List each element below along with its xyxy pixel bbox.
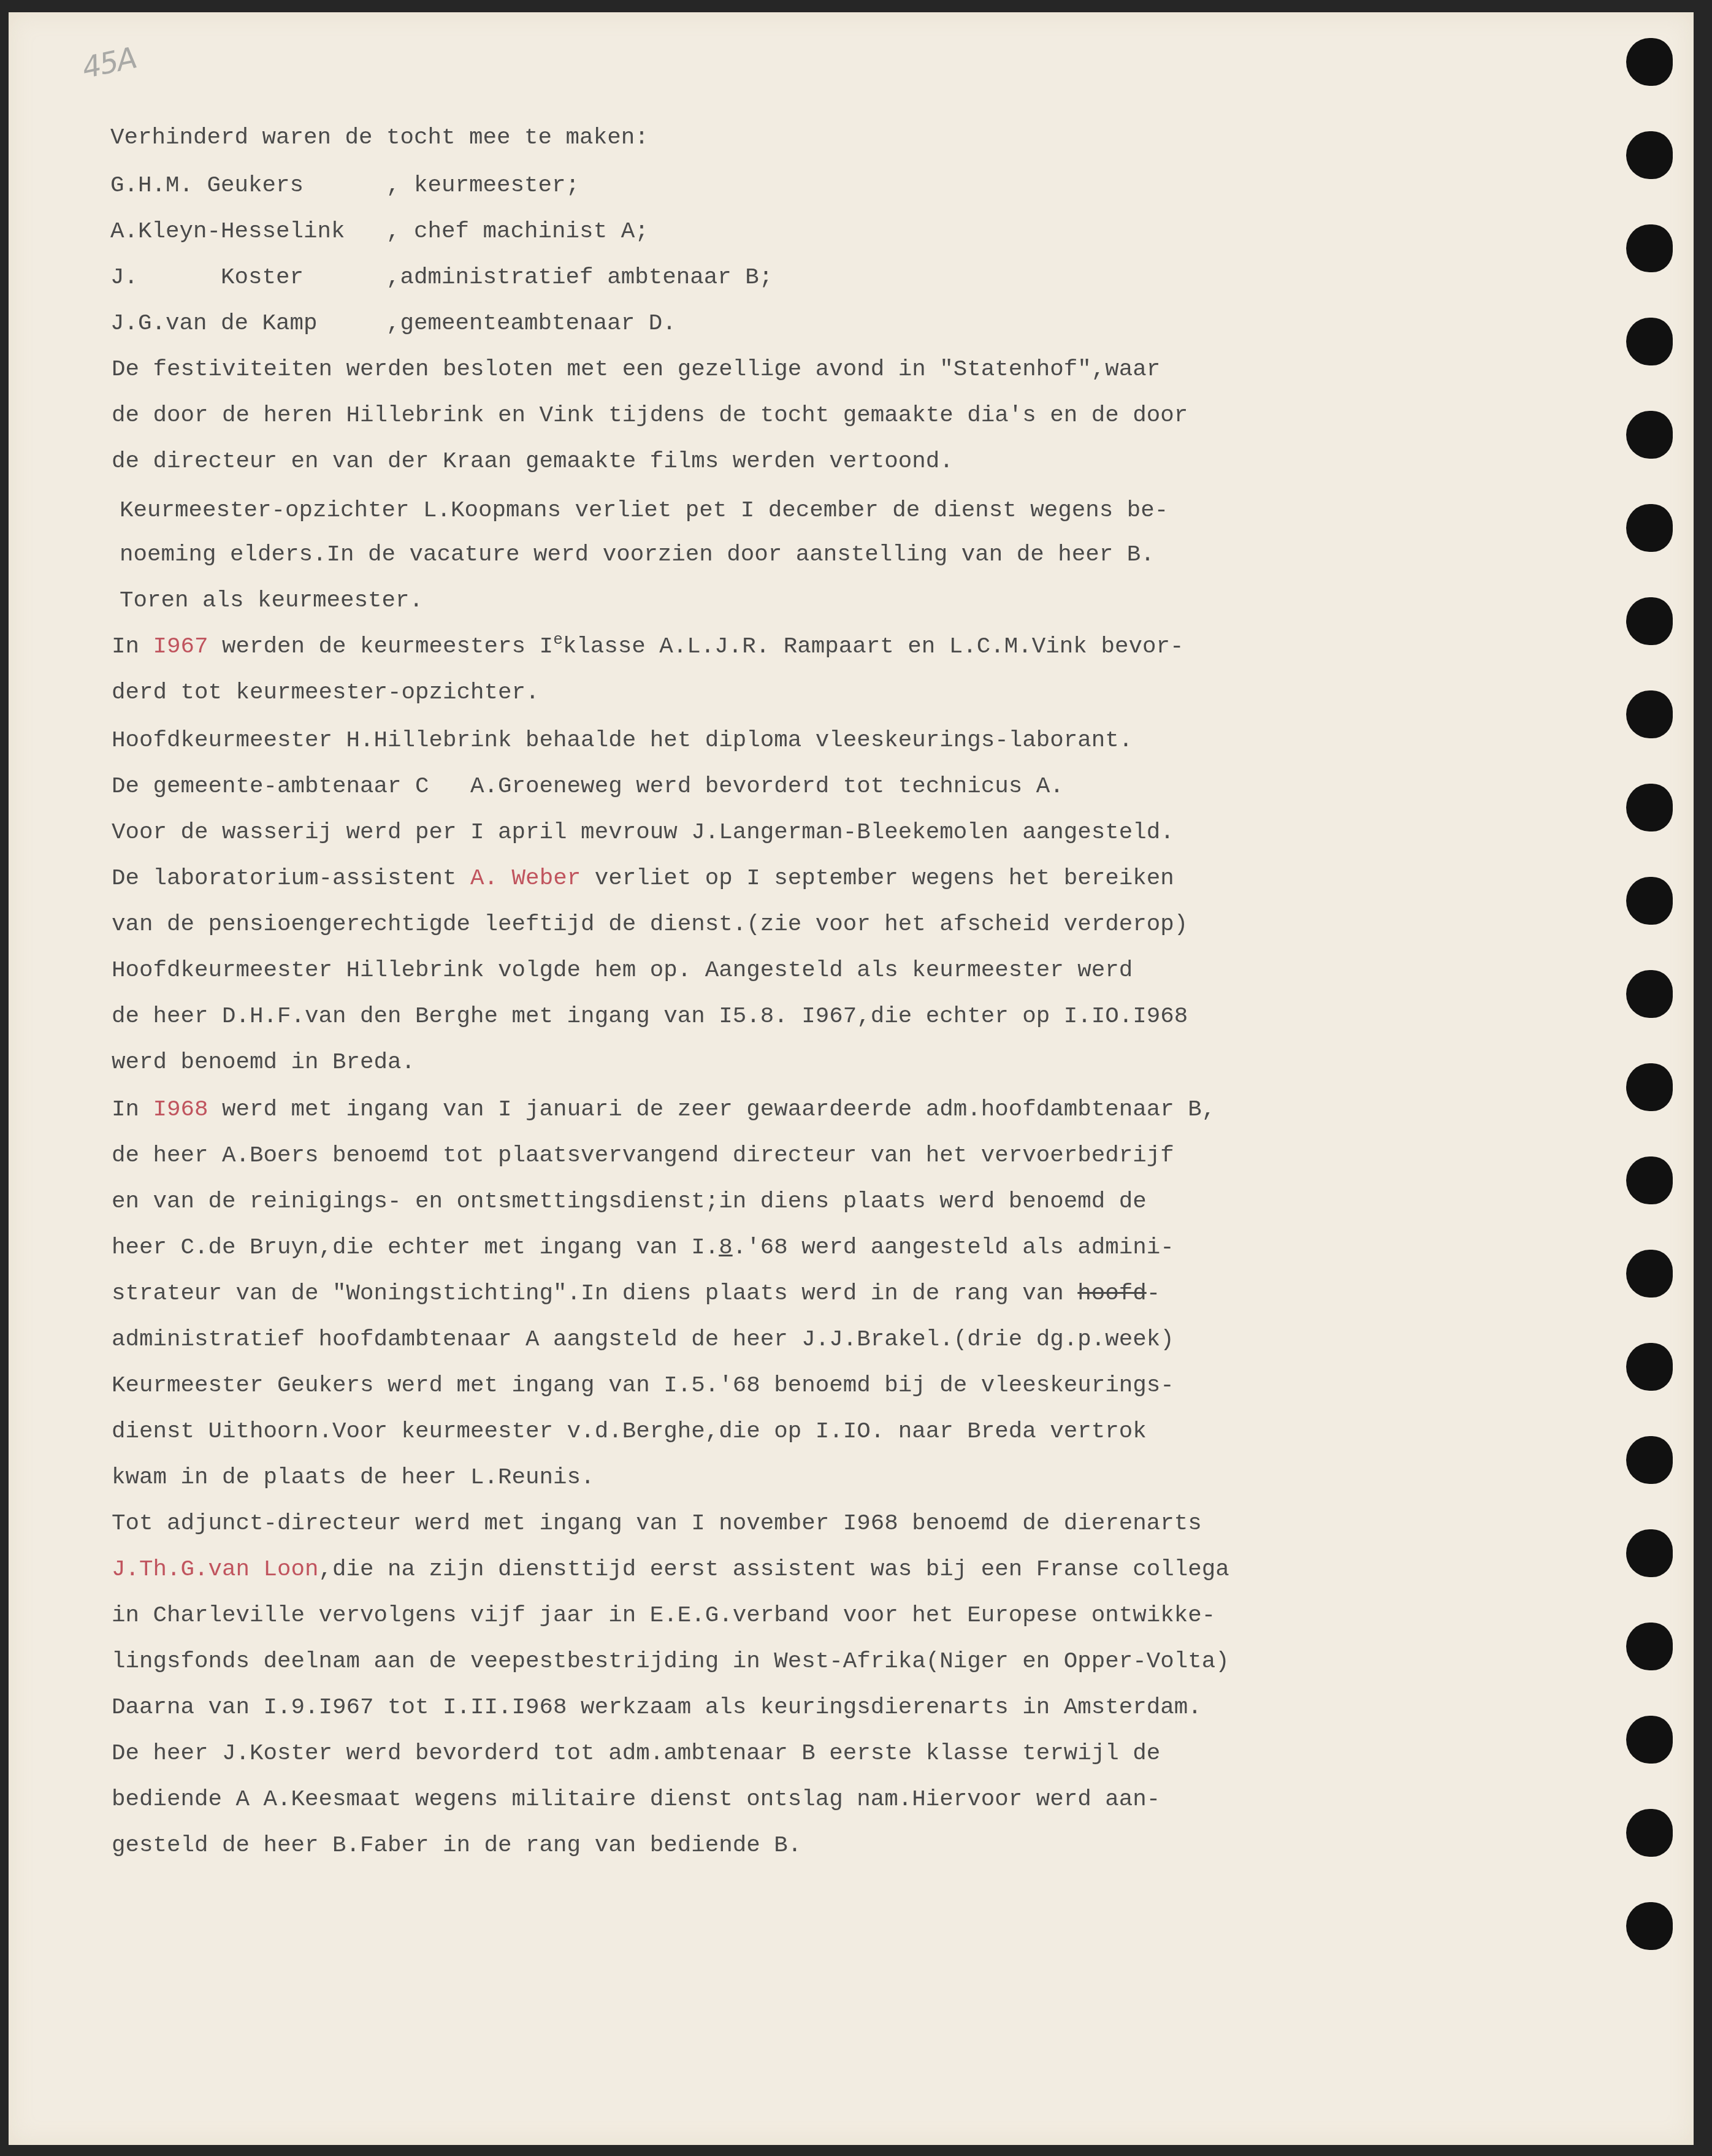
text-segment: e [553,630,563,649]
text-segment: de door de heren Hillebrink en Vink tijd… [112,403,1188,429]
text-line: heer C.de Bruyn,die echter met ingang va… [112,1233,1174,1263]
text-line: strateur van de "Woningstichting".In die… [112,1279,1160,1309]
text-segment: verliet op I september wegens het bereik… [581,866,1174,892]
text-line: Keurmeester-opzichter L.Koopmans verliet… [120,495,1168,526]
text-segment: 8 [719,1235,733,1261]
text-segment: A.Kleyn-Hesselink , chef machinist A; [110,219,649,245]
text-line: derd tot keurmeester-opzichter. [112,678,540,708]
text-line: Hoofdkeurmeester Hillebrink volgde hem o… [112,955,1133,986]
text-line: Verhinderd waren de tocht mee te maken: [110,123,649,153]
text-line: van de pensioengerechtigde leeftijd de d… [112,909,1188,940]
text-line: Tot adjunct-directeur werd met ingang va… [112,1508,1202,1539]
text-line: de heer A.Boers benoemd tot plaatsvervan… [112,1141,1174,1171]
text-segment: De gemeente-ambtenaar C A.Groeneweg werd… [112,774,1064,800]
text-line: J. Koster ,administratief ambtenaar B; [110,262,773,293]
text-line: Toren als keurmeester. [120,586,423,616]
text-segment: van de pensioengerechtigde leeftijd de d… [112,912,1188,938]
red-ink-text: I967 [153,634,208,660]
text-segment: Toren als keurmeester. [120,588,423,614]
text-segment: werd met ingang van I januari de zeer ge… [208,1097,1216,1123]
text-segment: de heer A.Boers benoemd tot plaatsvervan… [112,1143,1174,1169]
text-segment: dienst Uithoorn.Voor keurmeester v.d.Ber… [112,1419,1147,1445]
text-segment: In [112,1097,153,1123]
text-line: in Charleville vervolgens vijf jaar in E… [112,1600,1215,1631]
text-segment: Daarna van I.9.I967 tot I.II.I968 werkza… [112,1695,1202,1721]
text-line: De heer J.Koster werd bevorderd tot adm.… [112,1738,1160,1769]
text-segment: - [1147,1281,1161,1307]
punch-hole [1626,1809,1673,1857]
text-line: J.G.van de Kamp ,gemeenteambtenaar D. [110,308,676,339]
punch-hole [1626,1063,1673,1111]
punch-hole [1626,224,1673,272]
text-segment: Tot adjunct-directeur werd met ingang va… [112,1511,1202,1537]
punch-hole [1626,1716,1673,1764]
text-segment: in Charleville vervolgens vijf jaar in E… [112,1603,1215,1629]
text-line: In I968 werd met ingang van I januari de… [112,1095,1215,1125]
text-segment: In [112,634,153,660]
text-line: De festiviteiten werden besloten met een… [112,354,1160,385]
text-segment: werd benoemd in Breda. [112,1050,415,1076]
text-line: de door de heren Hillebrink en Vink tijd… [112,400,1188,431]
text-segment: Voor de wasserij werd per I april mevrou… [112,820,1174,846]
punch-hole [1626,131,1673,179]
text-line: de heer D.H.F.van den Berghe met ingang … [112,1001,1188,1032]
text-segment: strateur van de "Woningstichting".In die… [112,1281,1077,1307]
text-line: gesteld de heer B.Faber in de rang van b… [112,1830,801,1861]
text-segment: kwam in de plaats de heer L.Reunis. [112,1465,595,1491]
text-line: Daarna van I.9.I967 tot I.II.I968 werkza… [112,1692,1202,1723]
text-segment: de heer D.H.F.van den Berghe met ingang … [112,1004,1188,1030]
handwritten-folio-number: 45A [79,40,139,85]
text-segment: Keurmeester Geukers werd met ingang van … [112,1373,1174,1399]
punch-hole [1626,1436,1673,1484]
text-segment: J. Koster ,administratief ambtenaar B; [110,265,773,291]
text-segment: lingsfonds deelnam aan de veepestbestrij… [112,1649,1229,1675]
text-line: dienst Uithoorn.Voor keurmeester v.d.Ber… [112,1416,1147,1447]
text-segment: De heer J.Koster werd bevorderd tot adm.… [112,1741,1160,1767]
text-line: lingsfonds deelnam aan de veepestbestrij… [112,1646,1229,1677]
punch-hole [1626,1250,1673,1298]
text-segment: de directeur en van der Kraan gemaakte f… [112,449,953,475]
text-segment: De laboratorium-assistent [112,866,470,892]
text-line: Hoofdkeurmeester H.Hillebrink behaalde h… [112,725,1133,756]
punch-hole [1626,1343,1673,1391]
punch-hole [1626,38,1673,86]
text-segment: bediende A A.Keesmaat wegens militaire d… [112,1787,1160,1813]
text-segment: werden de keurmeesters I [208,634,554,660]
red-ink-text: J.Th.G.van Loon [112,1557,319,1583]
text-segment: administratief hoofdambtenaar A aangstel… [112,1327,1174,1353]
text-segment: .'68 werd aangesteld als admini- [733,1235,1174,1261]
text-line: en van de reinigings- en ontsmettingsdie… [112,1187,1147,1217]
text-segment: derd tot keurmeester-opzichter. [112,680,540,706]
punch-hole [1626,318,1673,365]
punch-hole [1626,1623,1673,1670]
punch-hole [1626,877,1673,925]
text-line: kwam in de plaats de heer L.Reunis. [112,1462,595,1493]
text-segment: heer C.de Bruyn,die echter met ingang va… [112,1235,719,1261]
punch-hole [1626,970,1673,1018]
text-line: Keurmeester Geukers werd met ingang van … [112,1370,1174,1401]
punch-hole [1626,690,1673,738]
text-line: J.Th.G.van Loon,die na zijn diensttijd e… [112,1554,1229,1585]
text-segment: Hoofdkeurmeester Hillebrink volgde hem o… [112,958,1133,984]
text-segment: G.H.M. Geukers , keurmeester; [110,173,579,199]
text-line: bediende A A.Keesmaat wegens militaire d… [112,1784,1160,1815]
red-ink-text: A. Weber [470,866,581,892]
punch-hole [1626,504,1673,552]
text-line: A.Kleyn-Hesselink , chef machinist A; [110,216,649,247]
text-segment: Verhinderd waren de tocht mee te maken: [110,125,649,151]
text-segment: hoofd [1077,1281,1147,1307]
text-segment: ,die na zijn diensttijd eerst assistent … [319,1557,1229,1583]
text-line: Voor de wasserij werd per I april mevrou… [112,817,1174,848]
red-ink-text: I968 [153,1097,208,1123]
punch-hole [1626,784,1673,831]
text-line: G.H.M. Geukers , keurmeester; [110,170,579,201]
text-line: noeming elders.In de vacature werd voorz… [120,540,1155,570]
punch-hole [1626,1902,1673,1950]
punch-hole [1626,1529,1673,1577]
text-segment: en van de reinigings- en ontsmettingsdie… [112,1189,1147,1215]
text-segment: De festiviteiten werden besloten met een… [112,357,1160,383]
punch-hole [1626,1156,1673,1204]
text-line: In I967 werden de keurmeesters Ieklasse … [112,632,1183,662]
text-line: werd benoemd in Breda. [112,1047,415,1078]
text-segment: Hoofdkeurmeester H.Hillebrink behaalde h… [112,728,1133,754]
text-line: De laboratorium-assistent A. Weber verli… [112,863,1174,894]
text-segment: noeming elders.In de vacature werd voorz… [120,542,1155,568]
text-line: administratief hoofdambtenaar A aangstel… [112,1325,1174,1355]
text-line: De gemeente-ambtenaar C A.Groeneweg werd… [112,771,1064,802]
text-line: de directeur en van der Kraan gemaakte f… [112,446,953,477]
text-segment: klasse A.L.J.R. Rampaart en L.C.M.Vink b… [563,634,1184,660]
punch-hole [1626,411,1673,459]
text-segment: gesteld de heer B.Faber in de rang van b… [112,1833,801,1859]
punch-hole [1626,597,1673,645]
text-segment: Keurmeester-opzichter L.Koopmans verliet… [120,498,1168,524]
text-segment: J.G.van de Kamp ,gemeenteambtenaar D. [110,311,676,337]
